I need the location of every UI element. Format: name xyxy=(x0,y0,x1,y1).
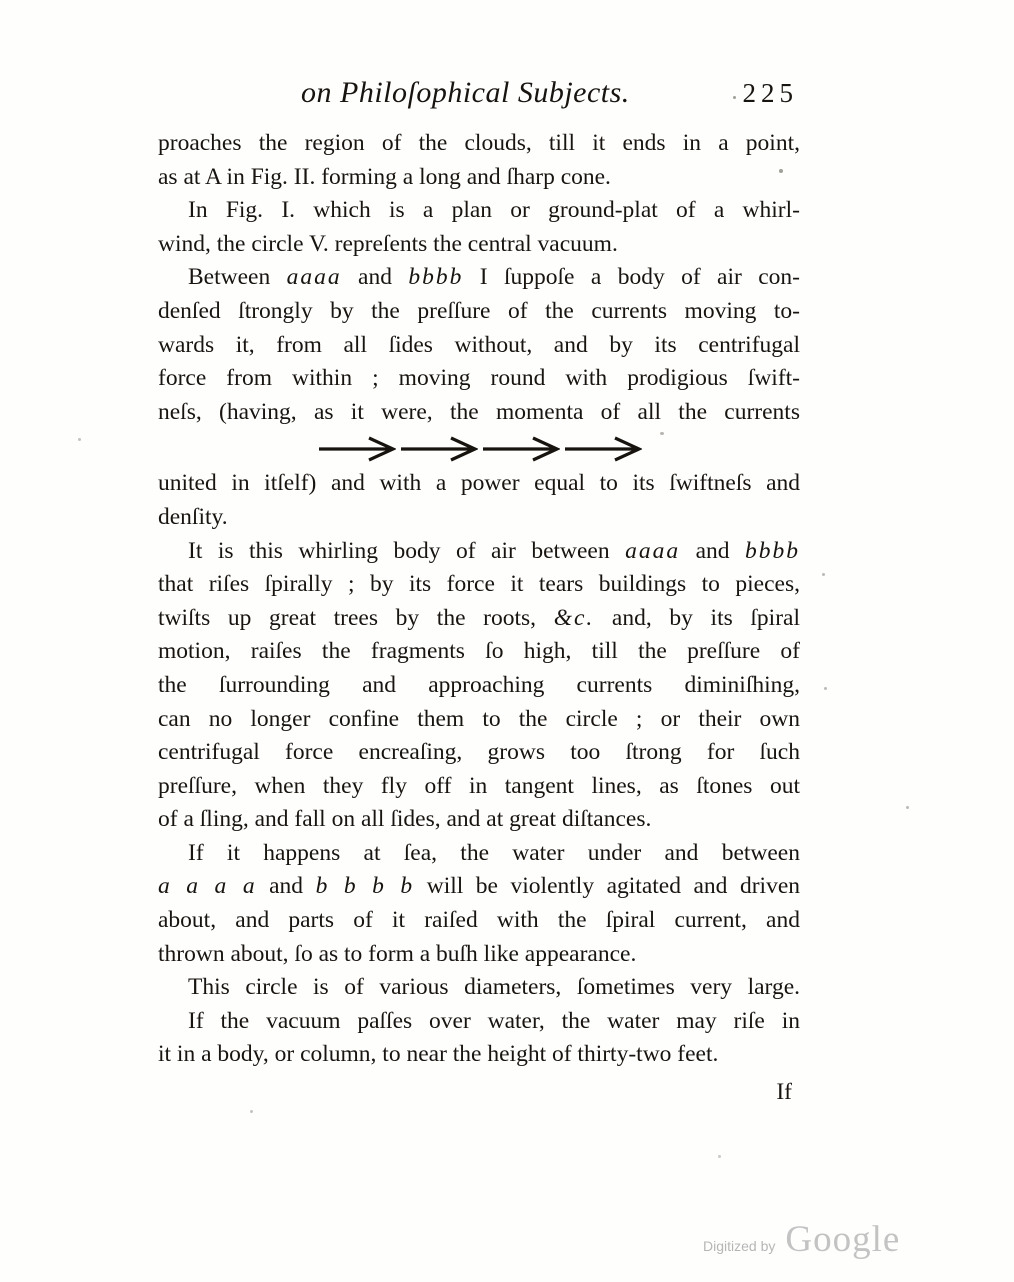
text-line: denſity. xyxy=(158,501,800,535)
body-text-segment: wards it, from all ſides without, and by… xyxy=(158,332,800,358)
body-text-segment: twiſts up great trees by the roots, xyxy=(158,605,554,631)
body-text-segment: In Fig. I. which is a plan or ground-pla… xyxy=(188,197,800,223)
text-line: centrifugal force encreaſing, grows too … xyxy=(158,736,800,770)
scan-speck xyxy=(733,96,736,99)
body-text-segment: it in a body, or column, to near the hei… xyxy=(158,1041,718,1067)
body-text-segment: denſed ſtrongly by the preſſure of the c… xyxy=(158,298,800,324)
text-line: It is this whirling body of air between … xyxy=(158,535,800,569)
text-line: the ſurrounding and approaching currents… xyxy=(158,669,800,703)
body-text-segment: Between xyxy=(188,264,287,290)
body-text-segment: and xyxy=(342,264,409,290)
text-line: can no longer confine them to the circle… xyxy=(158,703,800,737)
body-text-segment: and xyxy=(257,873,316,899)
text-line: it in a body, or column, to near the hei… xyxy=(158,1038,800,1072)
text-line: force from within ; moving round with pr… xyxy=(158,362,800,396)
body-text-segment: denſity. xyxy=(158,504,228,530)
italic-variable-text: &c. xyxy=(554,605,595,631)
scan-speck xyxy=(660,432,664,435)
digitized-by-label: Digitized by xyxy=(703,1238,775,1254)
body-text-segment: will be violently agitated and driven xyxy=(414,873,800,899)
scan-speck xyxy=(906,806,909,809)
italic-variable-text: aaaa xyxy=(287,264,342,290)
body-text-segment: centrifugal force encreaſing, grows too … xyxy=(158,739,800,765)
body-text-segment: wind, the circle V. repreſents the centr… xyxy=(158,231,618,257)
body-text-segment: motion, raiſes the fragments ſo high, ti… xyxy=(158,638,800,664)
scan-speck xyxy=(824,687,827,690)
italic-variable-text: bbbb xyxy=(408,264,463,290)
scan-speck xyxy=(822,573,825,576)
right-arrow-icon xyxy=(317,435,396,463)
text-line: Between aaaa and bbbb I ſuppoſe a body o… xyxy=(158,261,800,295)
body-text-segment: If it happens at ſea, the water under an… xyxy=(188,840,800,866)
body-text-segment: proaches the region of the clouds, till … xyxy=(158,130,800,156)
body-text-segment: This circle is of various diameters, ſom… xyxy=(188,974,800,1000)
body-text-segment: about, and parts of it raiſed with the ſ… xyxy=(158,907,800,933)
text-line: denſed ſtrongly by the preſſure of the c… xyxy=(158,295,800,329)
italic-variable-text: bbbb xyxy=(745,538,800,564)
text-line: If it happens at ſea, the water under an… xyxy=(158,837,800,871)
running-header: on Philoſophical Subjects. 225 xyxy=(158,76,800,110)
right-arrow-icon xyxy=(563,435,642,463)
running-title: on Philoſophical Subjects. xyxy=(301,76,630,110)
body-text-segment: that riſes ſpirally ; by its force it te… xyxy=(158,571,800,597)
text-line: neſs, (having, as it were, the momenta o… xyxy=(158,396,800,430)
current-arrows-row xyxy=(158,429,800,467)
text-line: united in itſelf) and with a power equal… xyxy=(158,467,800,501)
right-arrow-icon xyxy=(481,435,560,463)
body-text-segment: force from within ; moving round with pr… xyxy=(158,365,800,391)
text-line: that riſes ſpirally ; by its force it te… xyxy=(158,568,800,602)
text-line: as at A in Fig. II. forming a long and ſ… xyxy=(158,161,800,195)
text-line: a a a a and b b b b will be violently ag… xyxy=(158,870,800,904)
body-text-segment: of a ſling, and fall on all ſides, and a… xyxy=(158,806,651,832)
google-logo: Google xyxy=(785,1218,900,1261)
body-text-segment: neſs, (having, as it were, the momenta o… xyxy=(158,399,800,425)
text-line: In Fig. I. which is a plan or ground-pla… xyxy=(158,194,800,228)
body-text-segment: It is this whirling body of air between xyxy=(188,538,625,564)
body-text-segment: I ſuppoſe a body of air con- xyxy=(463,264,800,290)
italic-variable-text: b b b b xyxy=(316,873,415,899)
scan-speck xyxy=(250,1110,253,1113)
body-text-segment: and xyxy=(680,538,745,564)
text-line: wards it, from all ſides without, and by… xyxy=(158,329,800,363)
text-line: of a ſling, and fall on all ſides, and a… xyxy=(158,803,800,837)
body-text-segment: as at A in Fig. II. forming a long and ſ… xyxy=(158,164,611,190)
page-body: proaches the region of the clouds, till … xyxy=(158,127,800,1110)
body-text-segment: preſſure, when they fly off in tangent l… xyxy=(158,773,800,799)
text-line: twiſts up great trees by the roots, &c. … xyxy=(158,602,800,636)
body-text-segment: If the vacuum paſſes over water, the wat… xyxy=(188,1008,800,1034)
page-number: 225 xyxy=(743,78,799,109)
body-text-segment: and, by its ſpiral xyxy=(594,605,800,631)
text-line: thrown about, ſo as to form a buſh like … xyxy=(158,938,800,972)
text-line: motion, raiſes the fragments ſo high, ti… xyxy=(158,635,800,669)
text-line: wind, the circle V. repreſents the centr… xyxy=(158,228,800,262)
text-line: If the vacuum paſſes over water, the wat… xyxy=(158,1005,800,1039)
scan-speck xyxy=(718,1155,721,1158)
text-line: This circle is of various diameters, ſom… xyxy=(158,971,800,1005)
text-line: proaches the region of the clouds, till … xyxy=(158,127,800,161)
body-text-segment: can no longer confine them to the circle… xyxy=(158,706,800,732)
italic-variable-text: aaaa xyxy=(625,538,680,564)
digitized-watermark: Digitized by Google xyxy=(703,1218,900,1261)
catchword: If xyxy=(158,1076,800,1110)
scan-speck xyxy=(78,438,81,441)
scan-speck xyxy=(779,169,783,173)
text-line: about, and parts of it raiſed with the ſ… xyxy=(158,904,800,938)
body-text-segment: united in itſelf) and with a power equal… xyxy=(158,470,800,496)
italic-variable-text: a a a a xyxy=(158,873,257,899)
text-line: preſſure, when they fly off in tangent l… xyxy=(158,770,800,804)
body-text-segment: the ſurrounding and approaching currents… xyxy=(158,672,800,698)
body-text-segment: thrown about, ſo as to form a buſh like … xyxy=(158,941,636,967)
book-page: on Philoſophical Subjects. 225 proaches … xyxy=(0,0,1014,1282)
right-arrow-icon xyxy=(399,435,478,463)
